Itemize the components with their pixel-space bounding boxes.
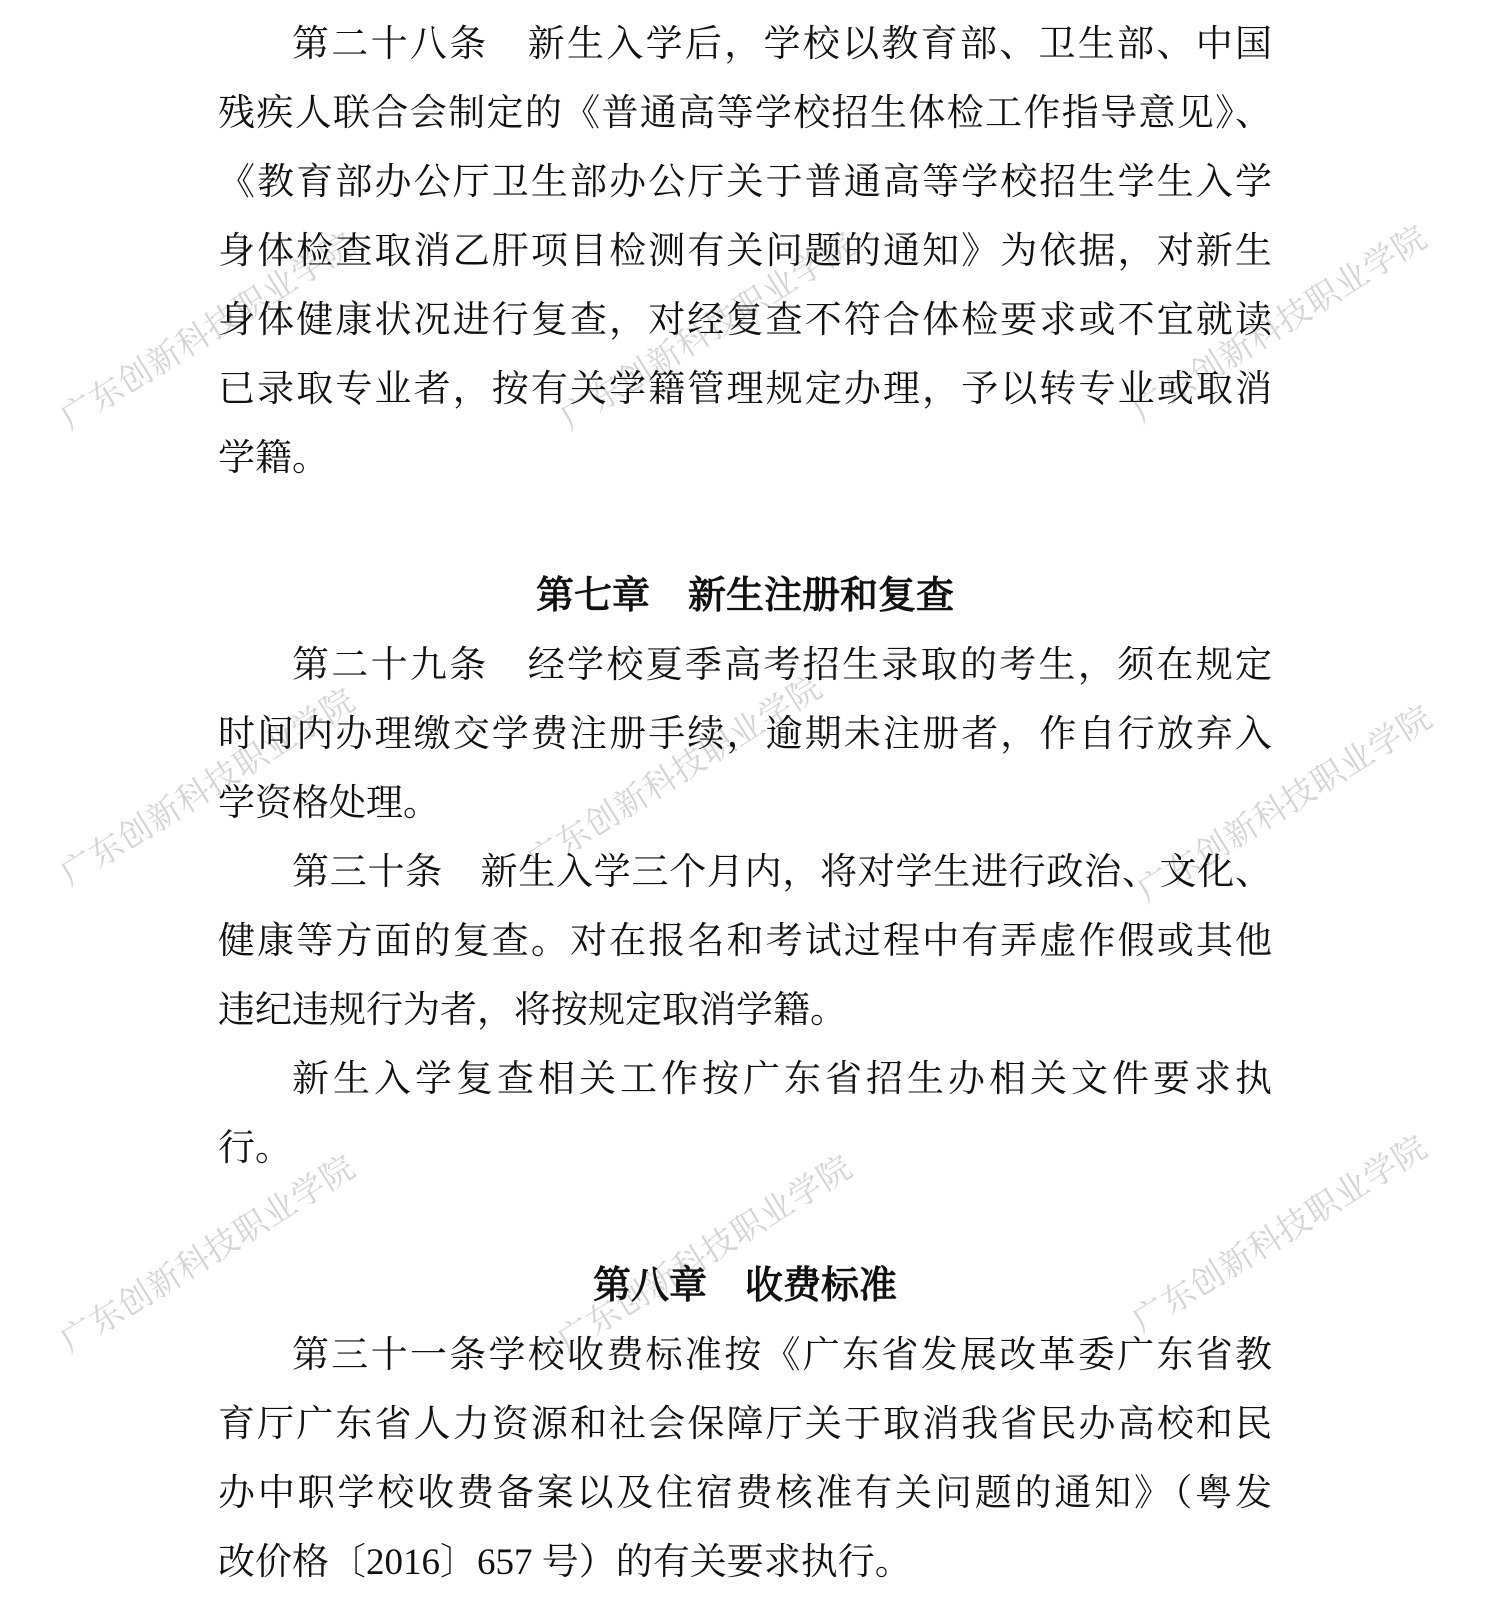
body-line: 第二十九条 经学校夏季高考招生录取的考生，须在规定 (218, 631, 1272, 700)
body-line: 第三十一条学校收费标准按《广东省发展改革委广东省教 (218, 1321, 1272, 1390)
body-line: 残疾人联合会制定的《普通高等学校招生体检工作指导意见》、 (218, 79, 1272, 148)
body-line: 身体检查取消乙肝项目检测有关问题的通知》为依据，对新生 (218, 217, 1272, 286)
body-line: 学资格处理。 (218, 769, 1272, 838)
body-line: 改价格〔2016〕657 号）的有关要求执行。 (218, 1528, 1272, 1597)
body-line: 身体健康状况进行复查，对经复查不符合体检要求或不宜就读 (218, 286, 1272, 355)
document-page: 广东创新科技职业学院广东创新科技职业学院广东创新科技职业学院广东创新科技职业学院… (0, 0, 1504, 1600)
body-line: 违纪违规行为者，将按规定取消学籍。 (218, 976, 1272, 1045)
body-line: 第三十条 新生入学三个月内，将对学生进行政治、文化、 (218, 838, 1272, 907)
blank-line (218, 1183, 1272, 1252)
body-line: 第二十八条 新生入学后，学校以教育部、卫生部、中国 (218, 10, 1272, 79)
document-body: 第二十八条 新生入学后，学校以教育部、卫生部、中国残疾人联合会制定的《普通高等学… (218, 10, 1272, 1597)
body-line: 已录取专业者，按有关学籍管理规定办理，予以转专业或取消 (218, 355, 1272, 424)
chapter-heading: 第七章 新生注册和复查 (218, 562, 1272, 631)
body-line: 新生入学复查相关工作按广东省招生办相关文件要求执 (218, 1045, 1272, 1114)
chapter-heading: 第八章 收费标准 (218, 1252, 1272, 1321)
body-line: 办中职学校收费备案以及住宿费核准有关问题的通知》（粤发 (218, 1459, 1272, 1528)
body-line: 健康等方面的复查。对在报名和考试过程中有弄虚作假或其他 (218, 907, 1272, 976)
blank-line (218, 493, 1272, 562)
body-line: 育厅广东省人力资源和社会保障厅关于取消我省民办高校和民 (218, 1390, 1272, 1459)
body-line: 行。 (218, 1114, 1272, 1183)
body-line: 时间内办理缴交学费注册手续，逾期未注册者，作自行放弃入 (218, 700, 1272, 769)
body-line: 学籍。 (218, 424, 1272, 493)
body-line: 《教育部办公厅卫生部办公厅关于普通高等学校招生学生入学 (218, 148, 1272, 217)
